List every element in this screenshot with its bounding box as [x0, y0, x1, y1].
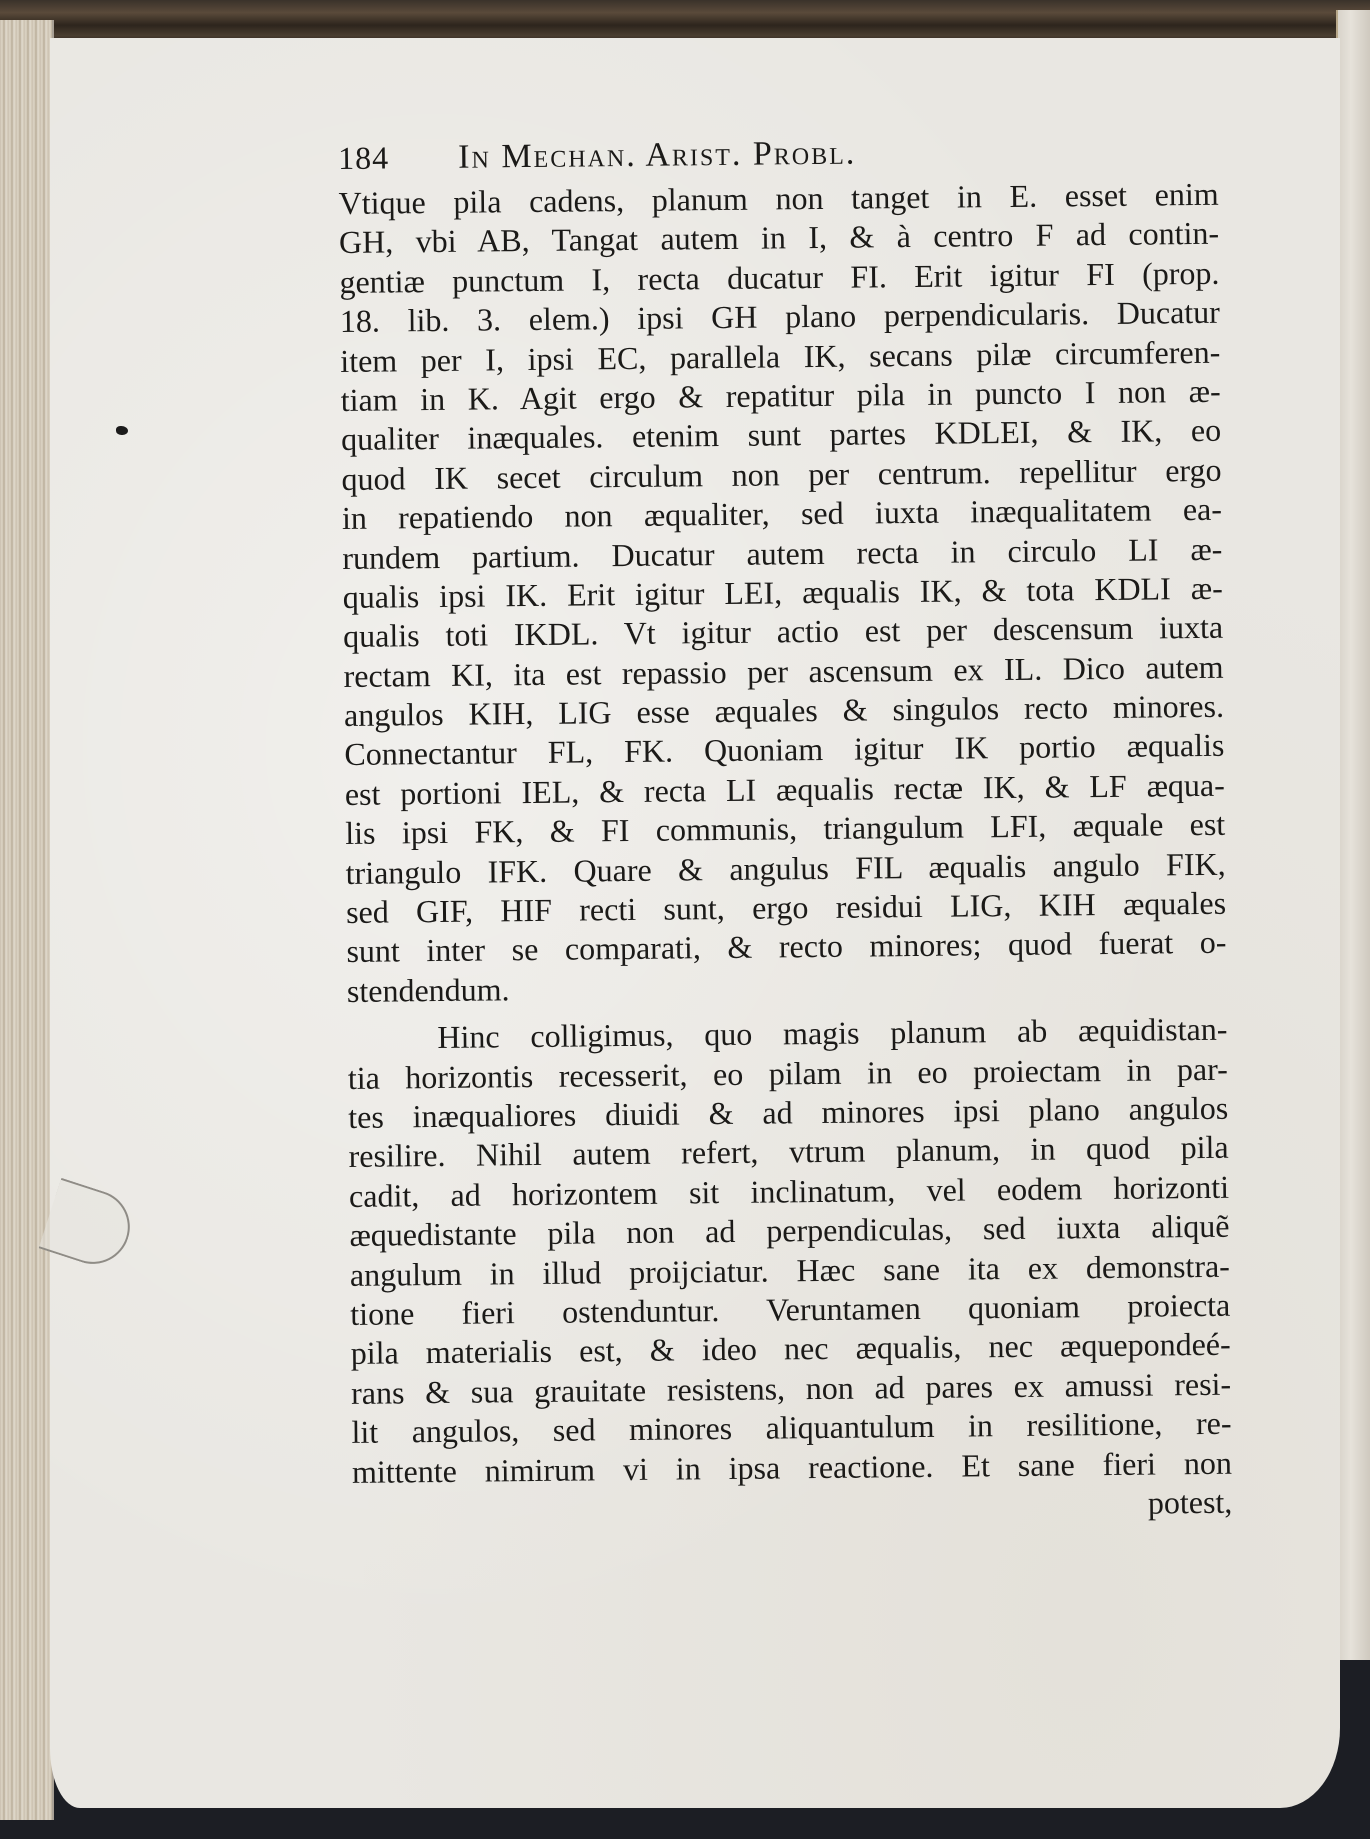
page-text-block: 184 In Mechan. Arist. Probl. Vtique pila…	[338, 131, 1233, 1531]
stacked-page-edges	[0, 20, 54, 1820]
page-number: 184	[338, 139, 458, 177]
running-title: In Mechan. Arist. Probl.	[458, 135, 857, 177]
paragraph-2: Hinc colligimus, quo magis planum ab æqu…	[347, 1010, 1232, 1492]
book-photo: 184 In Mechan. Arist. Probl. Vtique pila…	[0, 0, 1370, 1839]
page-clip-holder	[39, 1178, 140, 1274]
ink-blot-mark	[116, 426, 128, 435]
book-cover-top-edge	[0, 0, 1370, 42]
paragraph-1: Vtique pila cadens, planum non tanget in…	[338, 175, 1227, 1011]
facing-page-edge	[1336, 10, 1370, 1660]
